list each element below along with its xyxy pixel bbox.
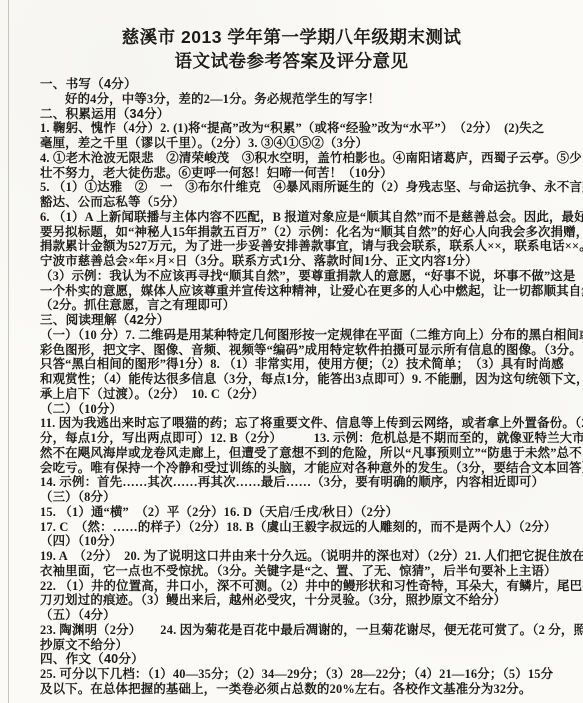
answer-text-line: 要另拟标题，如“神秘人15年捐款五百万”（2）示例：化名为“顺其自然”的好心人向…: [40, 225, 557, 240]
section-header: 三、阅读理解（42分）: [40, 313, 557, 328]
answer-text-line: 抄原文不给分）: [40, 638, 557, 653]
answer-text-line: 会吃亏。唯有保持一个冷静和受过训练的头脑，才能应对各种意外的发生。（3分，要结合…: [40, 461, 557, 476]
answer-text-line: 只答“黑白相间的图形”得1分）8. （1）非常实用，使用方便；（2）技术简单； …: [40, 357, 557, 372]
answer-text-line: 宁波市慈善总会×年×月×日（3分。联系方式1分、落款时间1分、正文内容1分）: [40, 254, 557, 269]
document-body: 一、书写（4分）好的4分，中等3分，差的2—1分。务必规范学生的写字！二、积累运…: [0, 77, 583, 697]
answer-text-line: （四）（10分）: [40, 534, 557, 549]
answer-text-line: 6. （1）A 上新闻联播与主体内容不匹配，B 报道对象应是“顺其自然”而不是慈…: [40, 210, 557, 225]
answer-text-line: （三）（8分）: [40, 490, 557, 505]
answer-text-line: 14. 示例：首先……其次……再其次……最后……（3分，要有明确的顺序，内容相近…: [40, 475, 557, 490]
answer-text-line: 19. A （2分） 20. 为了说明这口井由来十分久远。（说明井的深也对）（2…: [40, 549, 557, 564]
answer-text-line: 承上启下（过渡）。（2分） 10. C（2分）: [40, 387, 557, 402]
scanned-exam-answer-page: 慈溪市 2013 学年第一学期八年级期末测试 语文试卷参考答案及评分意见 一、书…: [0, 0, 583, 703]
answer-text-line: （3）示例：我认为不应该再寻找“顺其自然”，要尊重捐款人的意愿，“好事不说，坏事…: [40, 269, 557, 284]
answer-text-line: 4. ①老木沧波无限悲 ②清荣峻茂 ③积水空明，盖竹柏影也。④南阳诸葛庐，西蜀子…: [40, 151, 557, 166]
answer-text-line: 23. 陶渊明（2分） 24. 因为菊花是百花中最后凋谢的，一旦菊花谢尽，便无花…: [40, 623, 557, 638]
answer-text-line: 然不在飓风海岸或龙卷风走廊上，但遭受了意想不到的危险，所以“凡事预则立”“防患于…: [40, 446, 557, 461]
answer-text-line: 刀刃划过的痕迹。（3）鳗出来后，越州必受灾，十分灵验。（3分，照抄原文不给分）: [40, 593, 557, 608]
answer-text-line: 22. （1）井的位置高，井口小，深不可测。（2）井中的鳗形状和习性奇特，耳朵大…: [40, 579, 557, 594]
answer-text-line: 彩色图形，把文字、图像、音频、视频等“编码”成用特定软件拍摄可显示所有信息的图像…: [40, 343, 557, 358]
section-header: 四、作文（40分）: [40, 652, 557, 667]
answer-text-line: （二）（10分）: [40, 402, 557, 417]
answer-text-line: 一个朴实的意愿，媒体人应该尊重并宣传这种精神，让爱心在更多的人心中燃起，让一切都…: [40, 284, 557, 299]
answer-text-line: （2分。抓住意愿，言之有理即可）: [40, 298, 557, 313]
answer-text-line: 毫厘，差之千里（谬以千里）。（2分）3. ③④①⑤②（3分）: [40, 136, 557, 151]
answer-text-line: 壮不努力，老大徒伤悲。⑥吏呼一何怒！妇啼一何苦！（10分）: [40, 166, 557, 181]
answer-text-line: 衣袖里面，它一点也不受惊扰。（3分。关键字是“之、置、了无、惊猜”，后半句要补上…: [40, 564, 557, 579]
answer-text-line: 及以下。在总体把握的基础上，一类卷必须占总数的20%左右。各校作文基准分为32分…: [40, 682, 557, 697]
answer-text-line: 捐款累计金额为527万元，为了进一步妥善安排善款事宜，请与我会联系，联系人××，…: [40, 239, 557, 254]
answer-text-line: 豁达、公而忘私等（5分）: [40, 195, 557, 210]
answer-text-line: 25. 可分以下几档：（1）40—35分；（2）34—29分；（3）28—22分…: [40, 667, 557, 682]
answer-text-line: 11. 因为我逃出来时忘了喂猫的药；忘了将重要文件、信息等上传到云网络，或者拿上…: [40, 416, 557, 431]
document-title-line1: 慈溪市 2013 学年第一学期八年级期末测试: [0, 0, 583, 48]
answer-text-line: 1. 鞠躬、愧怍（4分）2. (1)将“提高”改为“积累”（或将“经验”改为“水…: [40, 121, 557, 136]
answer-text-line: 和观赏性；（4）能传达很多信息（3分，每点1分，能答出3点即可）9. 不能删，因…: [40, 372, 557, 387]
answer-text-line: （五）（4分）: [40, 608, 557, 623]
answer-text-line: 15. （1）通“横” （2）平（2分）16. D（天启/壬戌/秋日）（2分）: [40, 505, 557, 520]
answer-text-line: 17. C （然：……的样子）（2分）18. B（虞山王毅字叔远的人雕刻的，而不…: [40, 520, 557, 535]
section-header: 一、书写（4分）: [40, 77, 557, 92]
answer-text-line: （一）（10 分）7. 二维码是用某种特定几何图形按一定规律在平面（二维方向上）…: [40, 328, 557, 343]
answer-text-line: 好的4分，中等3分，差的2—1分。务必规范学生的写字！: [40, 92, 557, 107]
scan-edge-line: [8, 0, 9, 703]
document-title-line2: 语文试卷参考答案及评分意见: [0, 50, 583, 72]
answer-text-line: 5. （1）①达雅 ② 一 ③布尔什维克 ④暴风雨所诞生的（2）身残志坚、与命运…: [40, 180, 557, 195]
section-header: 二、积累运用（34分）: [40, 107, 557, 122]
answer-text-line: 分，每点1分，写出两点即可）12. B（2分） 13. 示例：危机总是不期而至的…: [40, 431, 557, 446]
